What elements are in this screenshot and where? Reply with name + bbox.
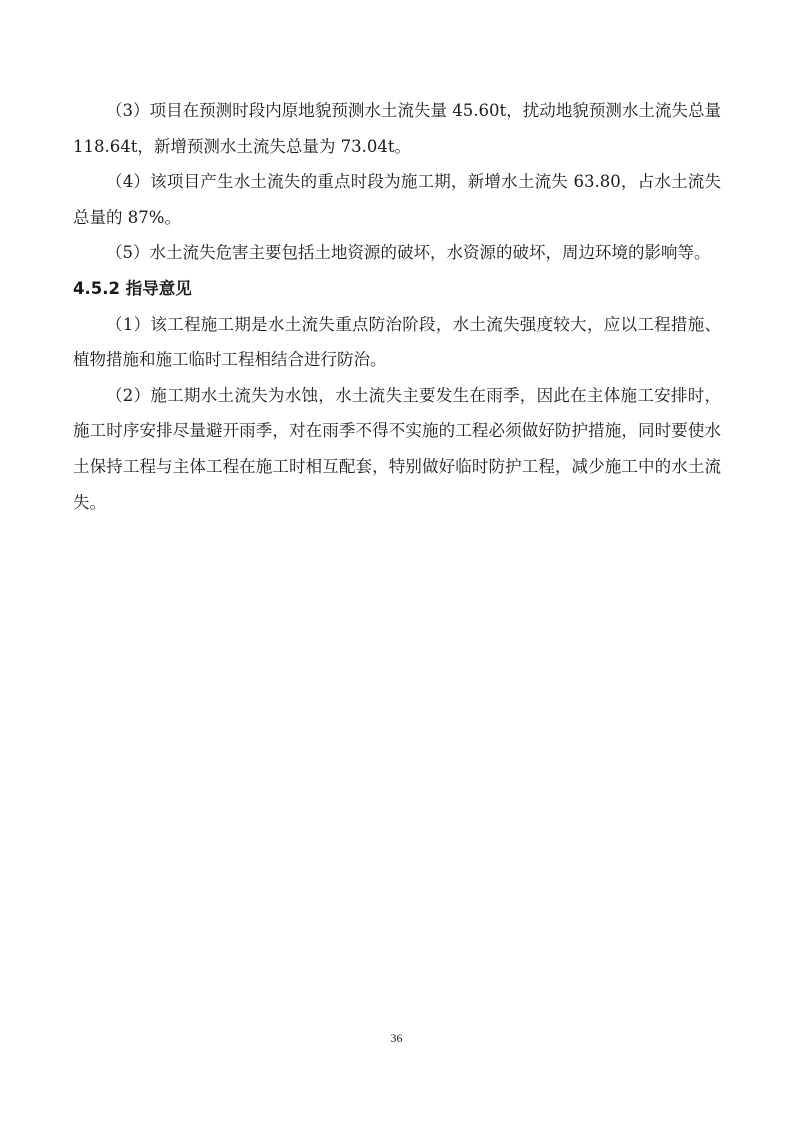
section-heading: 4.5.2 指导意见	[73, 271, 721, 307]
paragraph-5: （5）水土流失危害主要包括土地资源的破坏，水资源的破坏，周边环境的影响等。	[73, 235, 721, 271]
paragraph-4: （4）该项目产生水土流失的重点时段为施工期，新增水土流失 63.80，占水土流失…	[73, 164, 721, 235]
page-number: 36	[0, 1031, 793, 1046]
guidance-paragraph-2: （2）施工期水土流失为水蚀，水土流失主要发生在雨季，因此在主体施工安排时，施工时…	[73, 378, 721, 520]
document-page: （3）项目在预测时段内原地貌预测水土流失量 45.60t，扰动地貌预测水土流失总…	[73, 93, 721, 520]
guidance-paragraph-1: （1）该工程施工期是水土流失重点防治阶段，水土流失强度较大，应以工程措施、植物措…	[73, 307, 721, 378]
paragraph-3: （3）项目在预测时段内原地貌预测水土流失量 45.60t，扰动地貌预测水土流失总…	[73, 93, 721, 164]
